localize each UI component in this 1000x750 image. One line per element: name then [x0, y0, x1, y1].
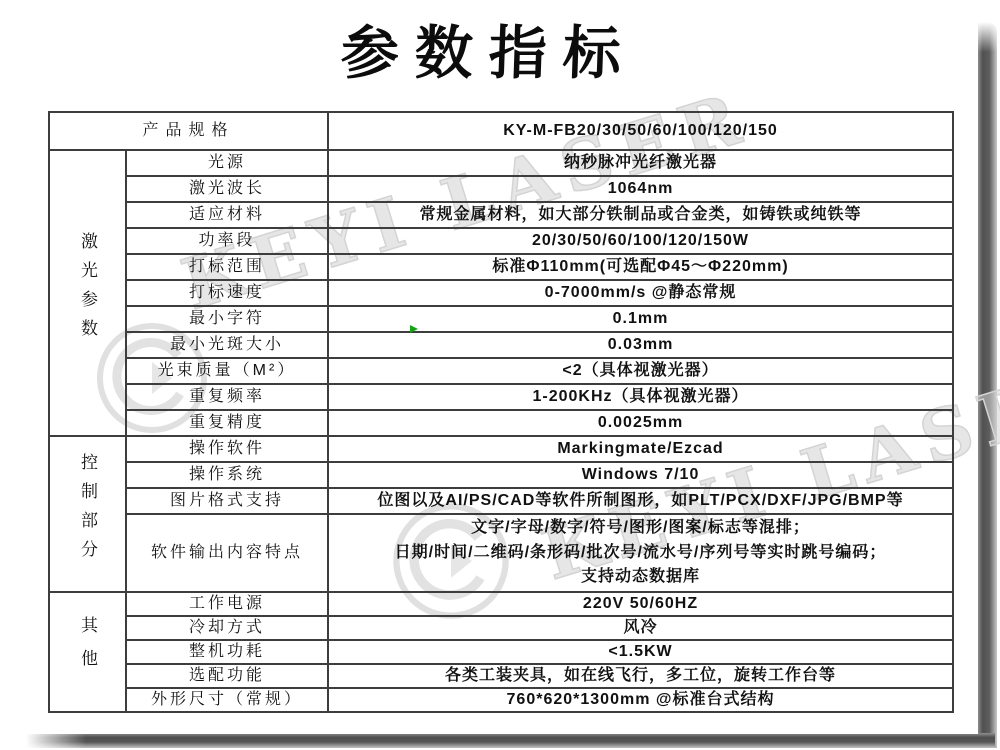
table-row: 产品规格 KY-M-FB20/30/50/60/100/120/150 [49, 112, 953, 150]
row-label: 图片格式支持 [126, 488, 328, 514]
row-value: 0.1mm [328, 306, 953, 332]
row-value: 常规金属材料，如大部分铁制品或合金类，如铸铁或纯铁等 [328, 202, 953, 228]
spec-table: 产品规格 KY-M-FB20/30/50/60/100/120/150 激光参数… [48, 111, 954, 713]
row-label: 冷却方式 [126, 616, 328, 640]
row-label: 工作电源 [126, 592, 328, 616]
table-row: 功率段 20/30/50/60/100/120/150W [49, 228, 953, 254]
row-value: 1-200KHz（具体视激光器） [328, 384, 953, 410]
row-label: 整机功耗 [126, 640, 328, 664]
row-label: 激光波长 [126, 176, 328, 202]
row-value: 各类工装夹具，如在线飞行，多工位，旋转工作台等 [328, 664, 953, 688]
row-label: 软件输出内容特点 [126, 514, 328, 592]
row-value: 位图以及AI/PS/CAD等软件所制图形，如PLT/PCX/DXF/JPG/BM… [328, 488, 953, 514]
green-cursor-artifact [410, 325, 418, 333]
row-value: <1.5KW [328, 640, 953, 664]
row-value: 20/30/50/60/100/120/150W [328, 228, 953, 254]
table-row: 最小光斑大小 0.03mm [49, 332, 953, 358]
table-row: 激光参数 光源 纳秒脉冲光纤激光器 [49, 150, 953, 176]
row-label: 打标范围 [126, 254, 328, 280]
row-value: 0.03mm [328, 332, 953, 358]
group-label-others: 其他 [49, 592, 126, 712]
row-value: Windows 7/10 [328, 462, 953, 488]
table-row: 适应材料 常规金属材料，如大部分铁制品或合金类，如铸铁或纯铁等 [49, 202, 953, 228]
table-row: 整机功耗 <1.5KW [49, 640, 953, 664]
row-label: 重复频率 [126, 384, 328, 410]
row-label: 最小字符 [126, 306, 328, 332]
table-row: 操作系统 Windows 7/10 [49, 462, 953, 488]
page-title: 参数指标 [0, 6, 979, 90]
row-label: 最小光斑大小 [126, 332, 328, 358]
row-value: 风冷 [328, 616, 953, 640]
row-label: 功率段 [126, 228, 328, 254]
table-row: 最小字符 0.1mm [49, 306, 953, 332]
row-label: 光源 [126, 150, 328, 176]
row-label: 打标速度 [126, 280, 328, 306]
row-value: 220V 50/60HZ [328, 592, 953, 616]
group-label-control-section: 控制部分 [49, 436, 126, 592]
row-value: 1064nm [328, 176, 953, 202]
row-value: 0.0025mm [328, 410, 953, 436]
row-label: 适应材料 [126, 202, 328, 228]
table-row: 图片格式支持 位图以及AI/PS/CAD等软件所制图形，如PLT/PCX/DXF… [49, 488, 953, 514]
page-shadow-bottom [26, 733, 995, 748]
row-value: KY-M-FB20/30/50/60/100/120/150 [328, 112, 953, 150]
group-label-laser-params: 激光参数 [49, 150, 126, 436]
row-label: 产品规格 [49, 112, 328, 150]
table-row: 激光波长 1064nm [49, 176, 953, 202]
table-row: 冷却方式 风冷 [49, 616, 953, 640]
row-value: <2（具体视激光器） [328, 358, 953, 384]
table-row: 光束质量（M²） <2（具体视激光器） [49, 358, 953, 384]
table-row: 外形尺寸（常规） 760*620*1300mm @标准台式结构 [49, 688, 953, 712]
row-label: 外形尺寸（常规） [126, 688, 328, 712]
table-row: 选配功能 各类工装夹具，如在线飞行，多工位，旋转工作台等 [49, 664, 953, 688]
document-page: 参数指标 KEYI LASER KEYI LASER 产品规格 KY-M-FB2… [0, 0, 978, 734]
table-row: 打标速度 0-7000mm/s @静态常规 [49, 280, 953, 306]
row-value: Markingmate/Ezcad [328, 436, 953, 462]
row-value: 文字/字母/数字/符号/图形/图案/标志等混排； 日期/时间/二维码/条形码/批… [328, 514, 953, 592]
row-value: 纳秒脉冲光纤激光器 [328, 150, 953, 176]
table-row: 打标范围 标准Φ110mm(可选配Φ45～Φ220mm) [49, 254, 953, 280]
row-value: 760*620*1300mm @标准台式结构 [328, 688, 953, 712]
row-label: 重复精度 [126, 410, 328, 436]
row-value: 标准Φ110mm(可选配Φ45～Φ220mm) [328, 254, 953, 280]
table-row: 重复精度 0.0025mm [49, 410, 953, 436]
row-value: 0-7000mm/s @静态常规 [328, 280, 953, 306]
row-label: 操作系统 [126, 462, 328, 488]
table-row: 控制部分 操作软件 Markingmate/Ezcad [49, 436, 953, 462]
table-row: 重复频率 1-200KHz（具体视激光器） [49, 384, 953, 410]
row-label: 选配功能 [126, 664, 328, 688]
row-label: 光束质量（M²） [126, 358, 328, 384]
page-shadow-right [977, 22, 997, 748]
row-label: 操作软件 [126, 436, 328, 462]
table-row: 软件输出内容特点 文字/字母/数字/符号/图形/图案/标志等混排； 日期/时间/… [49, 514, 953, 592]
table-row: 其他 工作电源 220V 50/60HZ [49, 592, 953, 616]
